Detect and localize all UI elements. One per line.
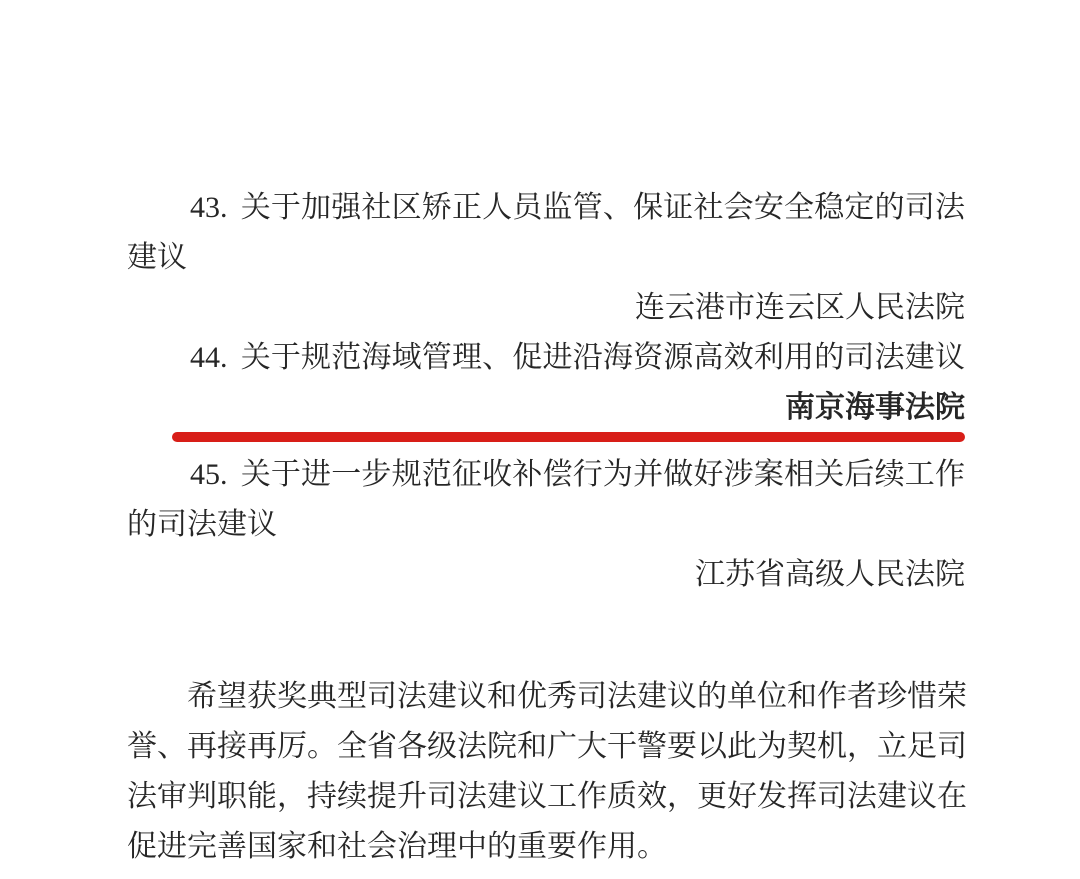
document-content: 43.关于加强社区矫正人员监管、保证社会安全稳定的司法 建议 连云港市连云区人民… — [127, 183, 965, 872]
item-45-number: 45. — [190, 458, 228, 491]
item-44-court-name: 南京海事法院 — [127, 383, 965, 433]
red-underline — [172, 432, 965, 442]
item-44-title-text: 关于规范海域管理、促进沿海资源高效利用的司法建议 — [241, 341, 966, 374]
item-43-number: 43. — [190, 191, 228, 224]
closing-paragraph-line-3: 法审判职能，持续提升司法建议工作质效，更好发挥司法建议在 — [127, 772, 965, 822]
list-item-45-title-line-1: 45.关于进一步规范征收补偿行为并做好涉案相关后续工作 — [127, 450, 965, 500]
list-item-43-title-line-2: 建议 — [127, 233, 965, 283]
closing-paragraph-line-2: 誉、再接再厉。全省各级法院和广大干警要以此为契机，立足司 — [127, 722, 965, 772]
list-item-43-title-line-1: 43.关于加强社区矫正人员监管、保证社会安全稳定的司法 — [127, 183, 965, 233]
closing-paragraph-line-4: 促进完善国家和社会治理中的重要作用。 — [127, 822, 965, 872]
item-45-court-name: 江苏省高级人民法院 — [127, 550, 965, 600]
closing-paragraph-line-1: 希望获奖典型司法建议和优秀司法建议的单位和作者珍惜荣 — [127, 672, 965, 722]
document-page: 43.关于加强社区矫正人员监管、保证社会安全稳定的司法 建议 连云港市连云区人民… — [0, 0, 1080, 879]
item-45-title-text: 关于进一步规范征收补偿行为并做好涉案相关后续工作 — [241, 458, 966, 491]
list-item-45-title-line-2: 的司法建议 — [127, 500, 965, 550]
closing-paragraph: 希望获奖典型司法建议和优秀司法建议的单位和作者珍惜荣 誉、再接再厉。全省各级法院… — [127, 672, 965, 872]
item-43-court-name: 连云港市连云区人民法院 — [127, 283, 965, 333]
list-item-44-title-line-1: 44.关于规范海域管理、促进沿海资源高效利用的司法建议 — [127, 333, 965, 383]
item-43-title-text: 关于加强社区矫正人员监管、保证社会安全稳定的司法 — [241, 191, 966, 224]
item-44-number: 44. — [190, 341, 228, 374]
